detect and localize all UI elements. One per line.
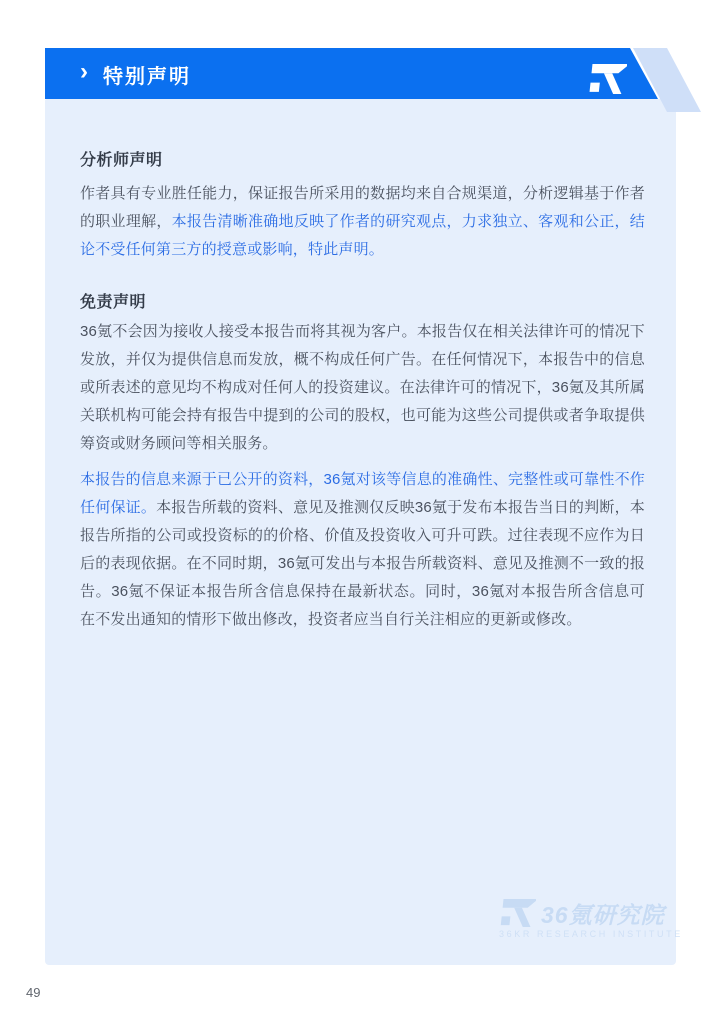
disclaimer-heading: 免责声明 <box>80 289 645 312</box>
disclaimer-paragraph-2-text: 本报告所载的资料、意见及推测仅反映36氪于发布本报告当日的判断，本报告所指的公司… <box>80 499 645 628</box>
watermark-brand-name: 36氪研究院 <box>541 897 665 930</box>
page-title: 特别声明 <box>103 60 191 89</box>
36kr-watermark-logo-icon <box>500 899 536 927</box>
disclaimer-paragraph-2: 本报告的信息来源于已公开的资料，36氪对该等信息的准确性、完整性或可靠性不作任何… <box>80 466 645 634</box>
report-page: › 特别声明 分析师声明 作者具有专业胜任能力，保证报告所采用的数据均来自合规渠… <box>0 0 720 1019</box>
watermark-brand-subtitle: 36KR RESEARCH INSTITUTE <box>499 929 683 939</box>
chevron-right-icon: › <box>80 60 88 84</box>
section-header: › 特别声明 <box>80 58 191 90</box>
disclaimer-paragraph-1: 36氪不会因为接收人接受本报告而将其视为客户。本报告仅在相关法律许可的情况下发放… <box>80 318 645 458</box>
disclaimer-paragraph-1-text: 36氪不会因为接收人接受本报告而将其视为客户。本报告仅在相关法律许可的情况下发放… <box>80 323 645 452</box>
analyst-statement-paragraph: 作者具有专业胜任能力，保证报告所采用的数据均来自合规渠道，分析逻辑基于作者的职业… <box>80 180 645 264</box>
analyst-statement-heading: 分析师声明 <box>80 147 645 170</box>
page-number: 49 <box>26 985 40 1000</box>
36kr-logo-icon <box>589 64 627 94</box>
